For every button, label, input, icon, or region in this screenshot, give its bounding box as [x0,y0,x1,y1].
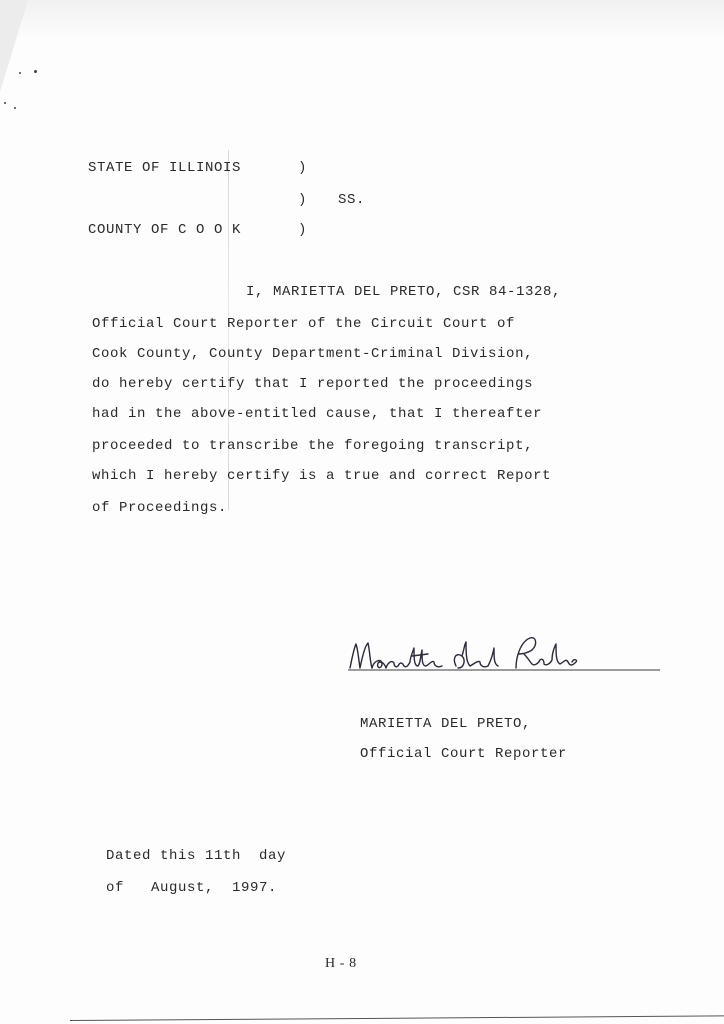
venue-ss: SS. [338,192,365,208]
handwritten-signature-icon [348,628,660,676]
scan-speck [4,102,6,104]
dated-line-1: Dated this 11th day [106,848,286,864]
certificate-line: Cook County, County Department-Criminal … [92,346,533,362]
page-number: H - 8 [325,956,357,972]
page-bottom-edge [70,1015,724,1021]
signature [348,628,660,676]
scan-shadow-top [0,0,724,40]
venue-county: COUNTY OF C O O K [88,222,241,238]
certificate-line: of Proceedings. [92,500,227,516]
certificate-line: proceeded to transcribe the foregoing tr… [92,438,533,454]
certificate-line: I, MARIETTA DEL PRETO, CSR 84-1328, [246,284,561,300]
certificate-line: Official Court Reporter of the Circuit C… [92,316,515,332]
signer-name: MARIETTA DEL PRETO, [360,716,531,732]
scan-speck [14,107,16,109]
venue-state: STATE OF ILLINOIS [88,160,241,176]
scan-folded-corner [0,0,28,92]
certificate-line: had in the above-entitled cause, that I … [92,406,542,422]
venue-paren: ) [298,222,307,238]
certificate-line: do hereby certify that I reported the pr… [92,376,533,392]
venue-paren: ) [298,192,307,208]
dated-line-2: of August, 1997. [106,880,277,896]
scan-speck [34,70,37,73]
certificate-line: which I hereby certify is a true and cor… [92,468,551,484]
signer-title: Official Court Reporter [360,746,567,762]
scan-speck [19,72,21,74]
venue-paren: ) [298,160,307,176]
